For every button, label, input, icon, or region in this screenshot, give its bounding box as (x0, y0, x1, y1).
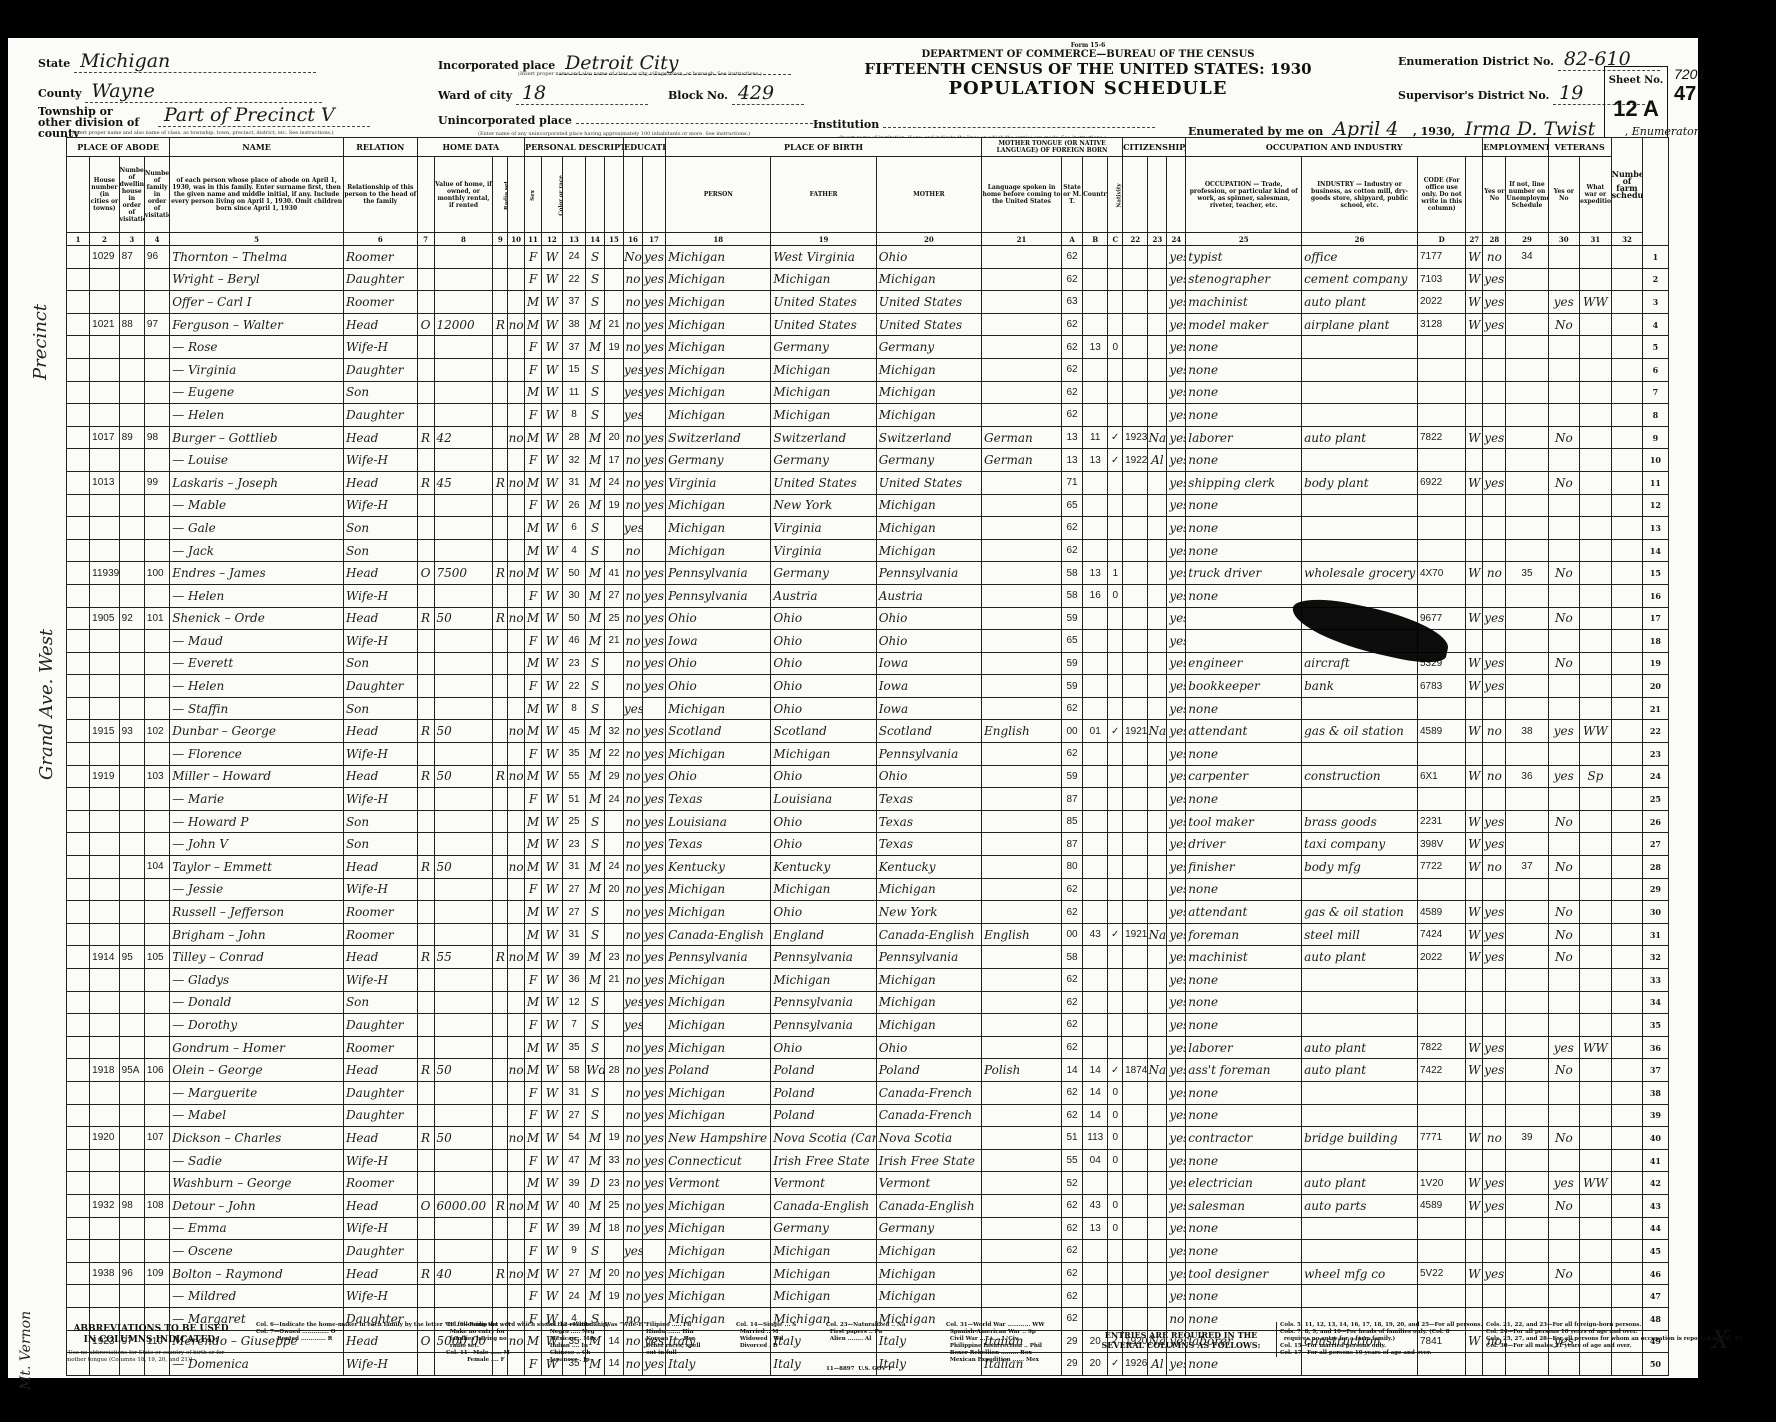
cell-dwelling: 95A (119, 1059, 144, 1082)
cell-english: yes (1167, 1217, 1186, 1240)
col-unemployment-line: If not, line number on Unemployment Sche… (1506, 157, 1548, 233)
cell-school: yes (624, 517, 643, 540)
cell-farm (508, 810, 525, 833)
cell-read: yes (642, 494, 665, 517)
cell-street (67, 788, 90, 811)
cell-family: 109 (144, 1262, 169, 1285)
cell-read: yes (642, 1194, 665, 1217)
cell-english: yes (1167, 652, 1186, 675)
cell-owned (417, 381, 434, 404)
cell-codeD (1417, 336, 1465, 359)
cell-english: yes (1167, 1104, 1186, 1127)
cell-family (144, 991, 169, 1014)
cell-house (90, 923, 119, 946)
institution-value (883, 127, 1155, 128)
cell-english: yes (1167, 471, 1186, 494)
cell-school: yes (624, 1014, 643, 1037)
cell-occupation: none (1186, 991, 1302, 1014)
cell-industry: auto plant (1302, 426, 1418, 449)
cell-birth: Louisiana (666, 810, 771, 833)
line-number: 37 (1643, 1059, 1668, 1082)
cell-name: — Marguerite (170, 1081, 344, 1104)
line-number: 10 (1643, 449, 1668, 472)
cell-immig (1123, 833, 1148, 856)
cell-name: — Rose (170, 336, 344, 359)
table-row: — JackSonMW4SnoMichiganVirginiaMichigan6… (67, 539, 1692, 562)
cell-farm: no (508, 765, 525, 788)
cell-owned (417, 675, 434, 698)
cell-immig: 1874 (1123, 1059, 1148, 1082)
cell-sex: M (525, 765, 542, 788)
cell-at-work (1483, 381, 1506, 404)
cell-occupation: none (1186, 1217, 1302, 1240)
table-row: — DonaldSonMW12SyesyesMichiganPennsylvan… (67, 991, 1692, 1014)
sheet-number-box: Sheet No. 12 A (1604, 66, 1668, 144)
cell-language (982, 291, 1062, 314)
cell-age-marriage: 18 (605, 1217, 624, 1240)
cell-house (90, 381, 119, 404)
cell-sex: F (525, 788, 542, 811)
cell-sex: F (525, 630, 542, 653)
cell-age: 27 (562, 878, 585, 901)
cell-war (1580, 539, 1612, 562)
column-number: 27 (1466, 233, 1483, 246)
cell-worker-class (1466, 336, 1483, 359)
cell-owned (417, 697, 434, 720)
cell-house: 1938 (90, 1262, 119, 1285)
cell-dwelling (119, 788, 144, 811)
stamp-top: 7201 (1674, 64, 1705, 84)
cell-veteran: No (1548, 856, 1580, 879)
cell-unemp-line (1506, 291, 1548, 314)
cell-codeC (1108, 607, 1123, 630)
cell-war (1580, 1149, 1612, 1172)
cell-race: W (541, 517, 562, 540)
cell-family (144, 358, 169, 381)
cell-radio (493, 1240, 508, 1263)
schedule-title: POPULATION SCHEDULE (828, 78, 1348, 99)
cell-language (982, 1149, 1062, 1172)
cell-read: yes (642, 1217, 665, 1240)
cell-marital: S (586, 1104, 605, 1127)
cell-occupation: ass't foreman (1186, 1059, 1302, 1082)
cell-codeC (1108, 1036, 1123, 1059)
cell-father-birth: Germany (771, 1217, 876, 1240)
cell-age: 23 (562, 833, 585, 856)
cell-english: yes (1167, 607, 1186, 630)
cell-school: no (624, 313, 643, 336)
cell-race: W (541, 494, 562, 517)
cell-house (90, 539, 119, 562)
cell-immig (1123, 471, 1148, 494)
cell-english: yes (1167, 946, 1186, 969)
cell-value (434, 991, 493, 1014)
cell-birth: Ohio (666, 607, 771, 630)
cell-codeB (1083, 810, 1108, 833)
cell-relation: Son (343, 697, 417, 720)
cell-radio (493, 426, 508, 449)
cell-house (90, 833, 119, 856)
cell-farm-sched (1611, 517, 1643, 540)
cell-codeC (1108, 765, 1123, 788)
cell-codeB (1083, 946, 1108, 969)
cell-unemp-line (1506, 675, 1548, 698)
township-field: Part of Precinct V (158, 104, 370, 127)
line-number: 31 (1643, 923, 1668, 946)
cell-occupation: none (1186, 449, 1302, 472)
cell-unemp-line (1506, 1104, 1548, 1127)
cell-value: 50 (434, 720, 493, 743)
cell-value (434, 268, 493, 291)
cell-occupation: typist (1186, 246, 1302, 269)
cell-age: 46 (562, 630, 585, 653)
cell-father-birth: United States (771, 313, 876, 336)
cell-race: W (541, 562, 562, 585)
column-number: 7 (417, 233, 434, 246)
cell-unemp-line (1506, 923, 1548, 946)
cell-house (90, 969, 119, 992)
cell-father-birth: Germany (771, 562, 876, 585)
cell-sex: F (525, 878, 542, 901)
cell-industry (1302, 381, 1418, 404)
cell-relation: Head (343, 607, 417, 630)
cell-worker-class (1466, 539, 1483, 562)
cell-codeA: 62 (1062, 358, 1083, 381)
cell-mother-birth: Texas (876, 788, 981, 811)
cell-farm-sched (1611, 765, 1643, 788)
cell-age-marriage (605, 539, 624, 562)
cell-immig (1123, 743, 1148, 766)
cell-relation: Head (343, 946, 417, 969)
cell-natur (1148, 630, 1167, 653)
cell-codeC (1108, 630, 1123, 653)
cell-farm (508, 268, 525, 291)
cell-natur (1148, 584, 1167, 607)
cell-age-marriage: 19 (605, 1285, 624, 1308)
cell-industry: construction (1302, 765, 1418, 788)
cell-dwelling (119, 291, 144, 314)
cell-natur (1148, 517, 1167, 540)
table-row: Wright – BerylDaughterFW22SnoyesMichigan… (67, 268, 1692, 291)
cell-marital: S (586, 1081, 605, 1104)
cell-marital: S (586, 404, 605, 427)
cell-radio (493, 1081, 508, 1104)
line-number: 27 (1643, 833, 1668, 856)
column-number: 30 (1548, 233, 1580, 246)
line-number: 41 (1643, 1149, 1668, 1172)
cell-name: Washburn – George (170, 1172, 344, 1195)
cell-dwelling (119, 743, 144, 766)
table-row: 191593102Dunbar – GeorgeHeadR50noMW45M32… (67, 720, 1692, 743)
cell-war (1580, 1285, 1612, 1308)
col-read-write: Whether able to read and write (642, 157, 665, 233)
cell-race: W (541, 1194, 562, 1217)
cell-immig (1123, 246, 1148, 269)
cell-mother-birth: Canada-French (876, 1104, 981, 1127)
cell-marital: S (586, 1036, 605, 1059)
cell-owned (417, 584, 434, 607)
cell-war (1580, 901, 1612, 924)
cell-codeB (1083, 291, 1108, 314)
cell-natur (1148, 471, 1167, 494)
cell-sex: M (525, 901, 542, 924)
cell-birth: Michigan (666, 1240, 771, 1263)
cell-codeC (1108, 1014, 1123, 1037)
cell-race: W (541, 607, 562, 630)
cell-at-work: no (1483, 1127, 1506, 1150)
cell-sex: F (525, 494, 542, 517)
cell-occupation: none (1186, 743, 1302, 766)
cell-owned (417, 1285, 434, 1308)
cell-industry (1302, 743, 1418, 766)
county-label: County (38, 87, 82, 100)
cell-industry (1302, 1014, 1418, 1037)
cell-unemp-line: 35 (1506, 562, 1548, 585)
cell-radio (493, 1285, 508, 1308)
cell-industry: gas & oil station (1302, 720, 1418, 743)
cell-family (144, 1217, 169, 1240)
cell-language: German (982, 449, 1062, 472)
cell-dwelling (119, 969, 144, 992)
cell-family (144, 1036, 169, 1059)
incorporated-hint: (Insert proper name and also name of cla… (518, 71, 762, 77)
cell-read: yes (642, 584, 665, 607)
cell-street (67, 313, 90, 336)
cell-age: 4 (562, 539, 585, 562)
cell-owned (417, 449, 434, 472)
cell-marital: M (586, 720, 605, 743)
cell-radio: R (493, 946, 508, 969)
cell-at-work: no (1483, 856, 1506, 879)
cell-immig (1123, 494, 1148, 517)
cell-farm-sched (1611, 788, 1643, 811)
cell-age-marriage (605, 1014, 624, 1037)
cell-worker-class: W (1466, 1262, 1483, 1285)
cell-codeB (1083, 404, 1108, 427)
line-number: 47 (1643, 1285, 1668, 1308)
cell-radio (493, 720, 508, 743)
cell-age: 27 (562, 901, 585, 924)
cell-birth: Michigan (666, 539, 771, 562)
cell-father-birth: Pennsylvania (771, 1014, 876, 1037)
cell-family (144, 1285, 169, 1308)
cell-at-work (1483, 1240, 1506, 1263)
cell-language (982, 313, 1062, 336)
cell-codeA: 62 (1062, 1194, 1083, 1217)
cell-read (642, 539, 665, 562)
cell-name: Wright – Beryl (170, 268, 344, 291)
cell-father-birth: Michigan (771, 1285, 876, 1308)
cell-radio (493, 1036, 508, 1059)
cell-house: 1914 (90, 946, 119, 969)
cell-house (90, 878, 119, 901)
group-relation: RELATION (343, 138, 417, 157)
cell-unemp-line (1506, 878, 1548, 901)
cell-worker-class (1466, 788, 1483, 811)
cell-age: 45 (562, 720, 585, 743)
cell-birth: Michigan (666, 1194, 771, 1217)
cell-birth: Iowa (666, 630, 771, 653)
cell-war (1580, 833, 1612, 856)
cell-codeD: 7424 (1417, 923, 1465, 946)
cell-unemp-line (1506, 1081, 1548, 1104)
cell-mother-birth: Michigan (876, 1014, 981, 1037)
cell-radio (493, 1217, 508, 1240)
cell-language (982, 697, 1062, 720)
cell-race: W (541, 313, 562, 336)
cell-marital: M (586, 743, 605, 766)
cell-house (90, 404, 119, 427)
cell-family (144, 1240, 169, 1263)
cell-relation: Son (343, 652, 417, 675)
cell-unemp-line (1506, 1036, 1548, 1059)
line-number: 6 (1643, 358, 1668, 381)
cell-relation: Daughter (343, 1014, 417, 1037)
cell-english: yes (1167, 675, 1186, 698)
cell-house: 11939 (90, 562, 119, 585)
cell-veteran (1548, 449, 1580, 472)
line-number: 42 (1643, 1172, 1668, 1195)
cell-school: no (624, 1127, 643, 1150)
cell-dwelling (119, 1240, 144, 1263)
cell-natur (1148, 291, 1167, 314)
cell-house: 1919 (90, 765, 119, 788)
cell-radio: R (493, 471, 508, 494)
cell-veteran (1548, 358, 1580, 381)
col-at-work: Yes or No (1483, 157, 1506, 233)
cell-age: 35 (562, 743, 585, 766)
cell-sex: M (525, 471, 542, 494)
cell-owned (417, 246, 434, 269)
cell-house (90, 1172, 119, 1195)
cell-farm-sched (1611, 1059, 1643, 1082)
cell-sex: M (525, 562, 542, 585)
table-row: Washburn – GeorgeRoomerMW39D23noyesVermo… (67, 1172, 1692, 1195)
cell-english: yes (1167, 1014, 1186, 1037)
cell-codeD: 6X1 (1417, 765, 1465, 788)
cell-race: W (541, 969, 562, 992)
legend-col14: Col. 14—Single ... S Married .. M Widowe… (736, 1322, 796, 1350)
cell-worker-class: W (1466, 426, 1483, 449)
cell-family (144, 878, 169, 901)
cell-natur (1148, 404, 1167, 427)
cell-at-work: yes (1483, 1036, 1506, 1059)
cell-war (1580, 946, 1612, 969)
cell-english: yes (1167, 562, 1186, 585)
cell-farm (508, 1285, 525, 1308)
cell-age: 38 (562, 313, 585, 336)
cell-occupation: model maker (1186, 313, 1302, 336)
cell-father-birth: Michigan (771, 878, 876, 901)
legend-col31: Col. 31—World War ............ WW Spanis… (946, 1322, 1045, 1364)
table-row: — EmmaWife-HFW39M18noyesMichiganGermanyG… (67, 1217, 1692, 1240)
cell-farm-sched (1611, 856, 1643, 879)
cell-father-birth: Michigan (771, 358, 876, 381)
cell-industry (1302, 1081, 1418, 1104)
cell-codeC: ✓ (1108, 720, 1123, 743)
cell-race: W (541, 1127, 562, 1150)
cell-race: W (541, 630, 562, 653)
cell-english: yes (1167, 246, 1186, 269)
cell-veteran (1548, 1149, 1580, 1172)
cell-codeC (1108, 652, 1123, 675)
line-number: 34 (1643, 991, 1668, 1014)
cell-birth: Germany (666, 449, 771, 472)
cell-language (982, 381, 1062, 404)
cell-occupation: bookkeeper (1186, 675, 1302, 698)
cell-age-marriage (605, 810, 624, 833)
cell-birth: Switzerland (666, 426, 771, 449)
cell-value (434, 539, 493, 562)
line-number: 22 (1643, 720, 1668, 743)
cell-english: yes (1167, 517, 1186, 540)
cell-industry (1302, 449, 1418, 472)
cell-school: no (624, 607, 643, 630)
cell-street (67, 878, 90, 901)
cell-worker-class (1466, 584, 1483, 607)
cell-codeA: 85 (1062, 810, 1083, 833)
cell-birth: Ohio (666, 675, 771, 698)
cell-dwelling (119, 833, 144, 856)
cell-house (90, 336, 119, 359)
cell-war: WW (1580, 291, 1612, 314)
cell-house: 1915 (90, 720, 119, 743)
cell-radio: R (493, 562, 508, 585)
cell-immig (1123, 1262, 1148, 1285)
cell-war: WW (1580, 1172, 1612, 1195)
cell-codeC (1108, 991, 1123, 1014)
cell-age: 22 (562, 268, 585, 291)
cell-marital: S (586, 381, 605, 404)
cell-worker-class (1466, 697, 1483, 720)
col-owned-rented: Home owned or rented (417, 157, 434, 233)
cell-school: no (624, 449, 643, 472)
cell-value (434, 1285, 493, 1308)
cell-language (982, 471, 1062, 494)
cell-street (67, 1081, 90, 1104)
cell-unemp-line (1506, 517, 1548, 540)
cell-english: yes (1167, 901, 1186, 924)
cell-farm-sched (1611, 878, 1643, 901)
cell-codeB (1083, 539, 1108, 562)
cell-worker-class (1466, 1104, 1483, 1127)
cell-industry: airplane plant (1302, 313, 1418, 336)
cell-mother-birth: Ohio (876, 765, 981, 788)
cell-birth: Michigan (666, 1036, 771, 1059)
cell-race: W (541, 765, 562, 788)
cell-occupation: none (1186, 788, 1302, 811)
cell-age-marriage (605, 901, 624, 924)
cell-industry (1302, 1217, 1418, 1240)
cell-industry (1302, 1240, 1418, 1263)
cell-relation: Son (343, 833, 417, 856)
cell-farm (508, 969, 525, 992)
cell-mother-birth: Kentucky (876, 856, 981, 879)
abbreviations-title: ABBREVIATIONS TO BE USED IN COLUMNS INDI… (66, 1324, 236, 1346)
cell-farm (508, 449, 525, 472)
cell-read: yes (642, 946, 665, 969)
cell-marital: M (586, 426, 605, 449)
cell-dwelling (119, 539, 144, 562)
cell-worker-class (1466, 358, 1483, 381)
cell-farm-sched (1611, 313, 1643, 336)
cell-codeC (1108, 1172, 1123, 1195)
cell-occupation: foreman (1186, 923, 1302, 946)
cell-at-work: yes (1483, 1059, 1506, 1082)
county-field: County Wayne (38, 80, 322, 103)
cell-codeD: 4589 (1417, 901, 1465, 924)
cell-age: 23 (562, 652, 585, 675)
